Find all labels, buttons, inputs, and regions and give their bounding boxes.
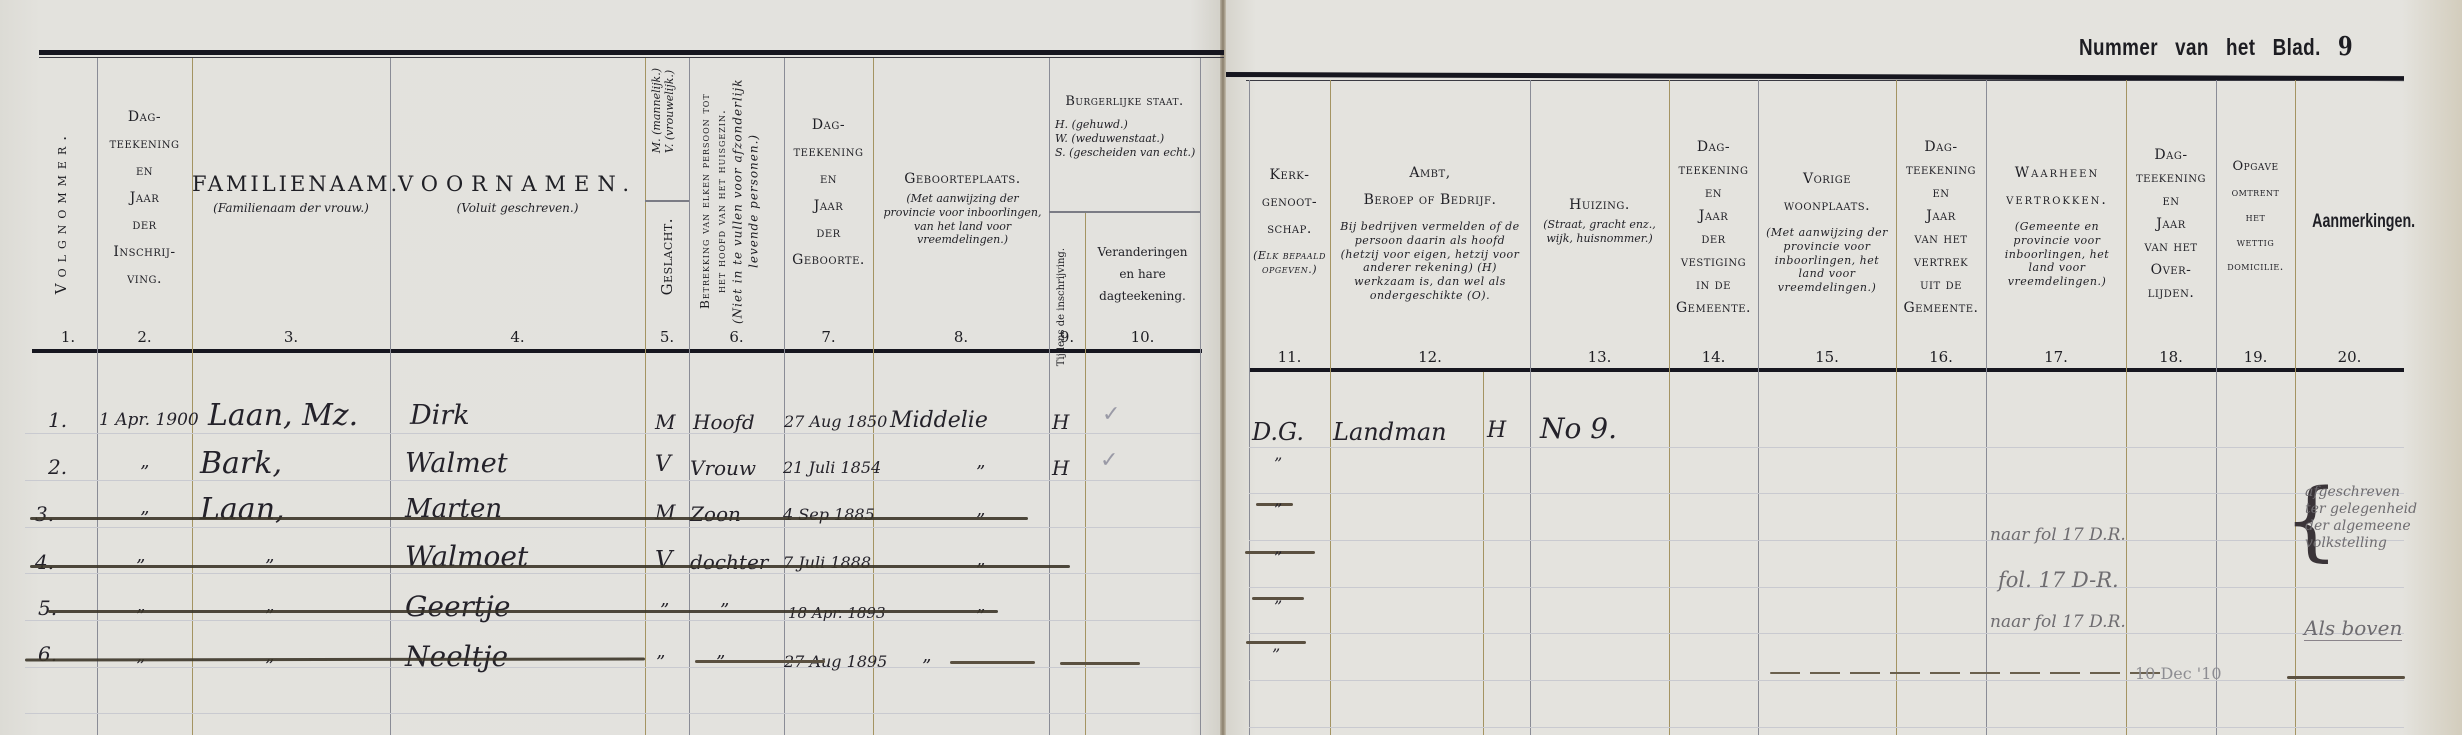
column-number: 16. (1896, 348, 1986, 366)
header-text: en (2126, 194, 2216, 208)
col-divider (390, 58, 391, 735)
column-number: 13. (1530, 348, 1669, 366)
header-text: Dag- (2126, 148, 2216, 162)
column-number: 5. (645, 328, 689, 346)
header-text: Jaar (97, 191, 192, 205)
column-number: 3. (192, 328, 390, 346)
header-text: FAMILIENAAM. (192, 172, 400, 196)
header-col2: Dag- teekening en Jaar der Inschrij- vin… (97, 110, 192, 299)
header-text: het hoofd van het huisgezin. (714, 109, 728, 293)
cell-vertrokken: naar fol 17 D.R. (1990, 525, 2126, 545)
header-col13: Huizing. (Straat, gracht enz., wijk, hui… (1530, 196, 1669, 246)
header-col7: Dag- teekening en Jaar der Geboorte. (784, 118, 873, 280)
header-text: en hare (1085, 268, 1200, 280)
cell-familienaam: Laan, (200, 492, 285, 527)
cell-familienaam: Laan, Mz. (208, 398, 358, 433)
header-text: Kerk- (1249, 168, 1330, 182)
cell-geboortedatum: 27 Aug 1850 (784, 412, 887, 431)
header-col14: Dag- teekening en Jaar der vestiging in … (1669, 140, 1758, 324)
remark-text: afgeschreven ter gelegenheid der algemee… (2305, 484, 2417, 552)
header-text: schap. (1249, 222, 1330, 236)
header-text: van het (2126, 240, 2216, 254)
col-divider (1758, 80, 1759, 735)
cell-kerkgenootschap: ” (1272, 645, 1280, 664)
header-text: Opgave (2216, 160, 2295, 173)
header-col8: Geboorteplaats. (Met aanwijzing der prov… (880, 170, 1045, 247)
cell-geslacht: M (655, 500, 675, 524)
header-note: (Met aanwijzing der provincie voor inboo… (1760, 226, 1894, 295)
cell-geboortedatum: 18 Apr. 1893 (788, 604, 886, 622)
cell-geboorteplaats: ” (922, 656, 931, 677)
row-rule (25, 527, 1200, 528)
row-rule (25, 573, 1200, 574)
header-civil-status: Burgerlijke staat. H. (gehuwd.) W. (wedu… (1049, 95, 1200, 159)
header-text: genoot- (1249, 195, 1330, 209)
dash-line (2287, 676, 2405, 679)
cell-volgnummer: 6. (38, 642, 57, 666)
cell-burgerlijke-staat: H (1052, 410, 1069, 434)
col5-sub-divider (645, 200, 689, 202)
cell-burgerlijke-staat: H (1052, 456, 1069, 480)
left-header-bottom-rule (32, 349, 1202, 353)
column-number: 12. (1330, 348, 1530, 366)
cell-volgnummer: 4. (35, 550, 54, 574)
header-text: teekening (784, 145, 873, 159)
header-text: der (784, 226, 873, 240)
header-text: Volgnommer. (52, 130, 70, 294)
col-divider (1330, 80, 1331, 735)
cell-kerkgenootschap: ” (1274, 454, 1282, 473)
remark-line: der algemeene (2305, 518, 2417, 535)
cell-geboortedatum: 4 Sep 1885 (783, 505, 875, 524)
cell-voornamen: Walmoet (405, 540, 528, 573)
column-number: 19. (2216, 348, 2295, 366)
header-col15: Vorige woonplaats. (Met aanwijzing der p… (1760, 172, 1894, 295)
header-text: VOORNAMEN. (398, 172, 637, 196)
check-mark-icon: ✓ (1100, 448, 1118, 473)
header-text: Waarheen (1990, 166, 2124, 180)
dash-line (1770, 672, 2170, 674)
header-col10: Veranderingen en hare dagteekening. (1085, 246, 1200, 315)
header-text: teekening (1669, 163, 1758, 177)
header-note: (Elk bepaald opgeven.) (1249, 249, 1330, 277)
header-text: Tijdens de inschrijving. (1056, 248, 1067, 366)
strikethrough-line (48, 610, 998, 613)
header-note: Bij bedrijven vermelden of de persoon da… (1335, 220, 1525, 303)
column-number: 4. (390, 328, 645, 346)
cell-geboorteplaats: ” (976, 510, 985, 531)
header-note: (Met aanwijzing der provincie voor inboo… (880, 192, 1045, 247)
header-text: Jaar (1896, 209, 1986, 223)
header-text: en (1669, 186, 1758, 200)
book-spine-fold (1220, 0, 1226, 735)
header-text: wettig (2216, 236, 2295, 248)
column-number: 8. (873, 328, 1049, 346)
header-text: Geslacht. (658, 218, 676, 295)
header-note: (Voluit geschreven.) (390, 201, 645, 216)
sheet-number-text: Nummer van het Blad. (2079, 34, 2321, 60)
check-mark-icon: ✓ (1102, 402, 1120, 427)
cell-geslacht: ” (656, 652, 665, 673)
cell-voornamen: Neeltje (405, 640, 508, 673)
col-divider (2295, 80, 2296, 735)
cell-betrekking: Zoon (690, 502, 741, 526)
row-rule (1249, 727, 2404, 728)
header-text: omtrent (2216, 186, 2295, 198)
cell-kerkgenootschap: ” (1274, 500, 1282, 519)
header-note: (Gemeente en provincie voor inboorlingen… (1990, 220, 2124, 289)
header-text: woonplaats. (1760, 199, 1894, 213)
header-text: en (97, 164, 192, 178)
row-rule (25, 433, 1200, 434)
dash-line (1060, 662, 1140, 665)
col-divider (1200, 58, 1201, 735)
dash-line (950, 661, 1035, 664)
header-text: vertrek (1896, 255, 1986, 269)
header-col16: Dag- teekening en Jaar van het vertrek u… (1896, 140, 1986, 324)
cell-geslacht: M (655, 410, 675, 434)
column-number: 18. (2126, 348, 2216, 366)
row-rule (1249, 633, 2404, 634)
header-col12: Ambt, Beroep of Bedrijf. Bij bedrijven v… (1335, 166, 1525, 303)
cell-vertrokken: naar fol 17 D.R. (1990, 612, 2126, 632)
column-number: 10. (1085, 328, 1200, 346)
header-text: Huizing. (1569, 197, 1630, 213)
column-number: 20. (2295, 348, 2404, 366)
cell-geboorteplaats: ” (976, 462, 985, 483)
header-note: (Familienaam der vrouw.) (192, 201, 390, 216)
cell-vertrokken: fol. 17 D-R. (1998, 568, 2119, 592)
header-col5-legend: M. (mannelijk.) V. (vrouwelijk.) (650, 68, 676, 153)
header-text: Over- (2126, 263, 2216, 277)
civil-status-sub-divider (1049, 211, 1200, 213)
header-text: het (2216, 211, 2295, 223)
col-divider (1530, 80, 1531, 735)
remark-line: volkstelling (2305, 535, 2417, 552)
header-text: Dag- (1896, 140, 1986, 154)
header-col1: Volgnommer. (52, 130, 70, 294)
column-number: 2. (97, 328, 192, 346)
cell-betrekking: dochter (690, 550, 768, 574)
header-note: V. (vrouwelijk.) (663, 70, 676, 153)
header-text: Dag- (784, 118, 873, 132)
header-text: Aanmerkingen. (2312, 212, 2415, 231)
header-col11: Kerk- genoot- schap. (Elk bepaald opgeve… (1249, 168, 1330, 277)
cell-geboorteplaats: ” (976, 560, 985, 581)
header-col20: Aanmerkingen. (2295, 212, 2404, 231)
column-number: 11. (1249, 348, 1330, 366)
strikethrough-line (30, 565, 1070, 568)
row-rule (1249, 493, 2404, 494)
header-note: M. (mannelijk.) (650, 68, 663, 153)
right-header-bottom-rule (1250, 368, 2404, 372)
header-text: en (1896, 186, 1986, 200)
remark-line: afgeschreven (2305, 484, 2417, 501)
column-number: 7. (784, 328, 873, 346)
header-text: Jaar (1669, 209, 1758, 223)
cell-volgnummer: 5. (38, 596, 57, 620)
col-divider (1986, 80, 1987, 735)
dash-line (695, 660, 825, 663)
row-rule (1249, 540, 2404, 541)
header-text: in de (1669, 278, 1758, 292)
cell-kerkgenootschap: ” (1274, 548, 1282, 567)
cell-volgnummer: 2. (48, 455, 67, 479)
header-text: der (1669, 232, 1758, 246)
header-col5: Geslacht. (658, 218, 676, 295)
header-text: Burgerlijke staat. (1049, 95, 1200, 108)
header-note: H. (gehuwd.) (1055, 118, 1200, 132)
cell-inschrijving: ” (140, 462, 149, 483)
cell-geslacht: V (655, 452, 671, 477)
col-divider (1049, 58, 1050, 735)
remark-line: ter gelegenheid (2305, 501, 2417, 518)
header-col19: Opgave omtrent het wettig domicilie. (2216, 160, 2295, 285)
cell-kerkgenootschap: ” (1274, 597, 1282, 616)
header-col4: VOORNAMEN. (Voluit geschreven.) (390, 174, 645, 216)
header-text: Beroep of Bedrijf. (1335, 193, 1525, 207)
header-text: Dag- (97, 110, 192, 124)
row-rule (1249, 680, 2404, 681)
header-text: lijden. (2126, 286, 2216, 300)
cell-familienaam: Bark, (200, 446, 282, 481)
col-divider (689, 58, 690, 735)
column-number: 17. (1986, 348, 2126, 366)
header-text: en (784, 172, 873, 186)
cell-voornamen: Dirk (410, 400, 470, 431)
cell-huizing: No 9. (1540, 412, 1617, 445)
cell-betrekking: Vrouw (690, 456, 756, 480)
column-number: 15. (1758, 348, 1896, 366)
header-text: Ambt, (1335, 166, 1525, 180)
header-text: teekening (97, 137, 192, 151)
cell-geboortedatum: 21 Juli 1854 (783, 458, 881, 477)
header-note: (Straat, gracht enz., wijk, huisnommer.) (1530, 218, 1669, 246)
cell-voornamen: Walmet (405, 448, 508, 479)
header-note: W. (weduwenstaat.) (1055, 132, 1200, 146)
header-text: Inschrij- (97, 245, 192, 259)
row-rule (25, 667, 1200, 668)
header-text: Jaar (2126, 217, 2216, 231)
cell-voornamen: Geertje (405, 590, 510, 623)
header-text: Gemeente. (1669, 301, 1758, 315)
header-text: Vorige (1760, 172, 1894, 186)
header-text: teekening (1896, 163, 1986, 177)
cell-volgnummer: 1. (48, 408, 67, 432)
header-col3: FAMILIENAAM. (Familienaam der vrouw.) (192, 174, 390, 216)
left-top-rule-thin (39, 57, 1224, 58)
header-col9: Tijdens de inschrijving. (1056, 248, 1086, 366)
cell-volgnummer: 3. (35, 502, 54, 526)
col-divider (645, 58, 646, 735)
header-text: der (97, 218, 192, 232)
row-rule (1249, 587, 2404, 588)
header-text: Gemeente. (1896, 301, 1986, 315)
sheet-number-value: 9 (2338, 32, 2353, 62)
column-number: 6. (689, 328, 784, 346)
column-number: 1. (39, 328, 97, 346)
header-text: uit de (1896, 278, 1986, 292)
cell-beroep-code: H (1487, 418, 1506, 443)
header-text: vertrokken. (1990, 193, 2124, 207)
cell-inschrijving: 1 Apr. 1900 (99, 410, 199, 430)
header-text: van het (1896, 232, 1986, 246)
right-top-rule-thin (1246, 80, 2404, 81)
header-text: Geboorteplaats. (904, 171, 1020, 187)
header-text: Veranderingen (1085, 246, 1200, 258)
left-top-rule (39, 50, 1224, 55)
row-rule (1249, 447, 2404, 448)
remark-text: Als boven (2304, 616, 2402, 641)
column-number: 9. (1049, 328, 1085, 346)
header-text: ving. (97, 272, 192, 286)
header-text: dagteekening. (1085, 290, 1200, 302)
header-text: teekening (2126, 171, 2216, 185)
row-rule (25, 713, 1200, 714)
cell-geslacht: V (655, 546, 672, 574)
col-divider (192, 58, 193, 735)
cell-kerkgenootschap: D.G. (1252, 418, 1304, 446)
header-note: S. (gescheiden van echt.) (1055, 146, 1200, 160)
cell-betrekking: Hoofd (693, 410, 755, 434)
cell-beroep: Landman (1333, 418, 1447, 446)
header-text: Jaar (784, 199, 873, 213)
dash-line (1246, 641, 1306, 644)
header-col18: Dag- teekening en Jaar van het Over- lij… (2126, 148, 2216, 309)
header-text: Geboorte. (784, 253, 873, 267)
header-col17: Waarheen vertrokken. (Gemeente en provin… (1990, 166, 2124, 289)
column-number: 14. (1669, 348, 1758, 366)
cell-geboorteplaats: Middelie (890, 408, 988, 433)
header-text: domicilie. (2216, 261, 2295, 272)
sheet-number-label: Nummer van het Blad. 9 (2079, 32, 2353, 62)
cell-geboortedatum: 7 Juli 1888 (783, 553, 871, 572)
header-text: Dag- (1669, 140, 1758, 154)
header-text: vestiging (1669, 255, 1758, 269)
cell-overlijden: 10 Dec '10 (2135, 664, 2222, 683)
row-rule (25, 620, 1200, 621)
strikethrough-line (30, 517, 1028, 520)
header-text: Betrekking van elken persoon tot (698, 93, 712, 309)
